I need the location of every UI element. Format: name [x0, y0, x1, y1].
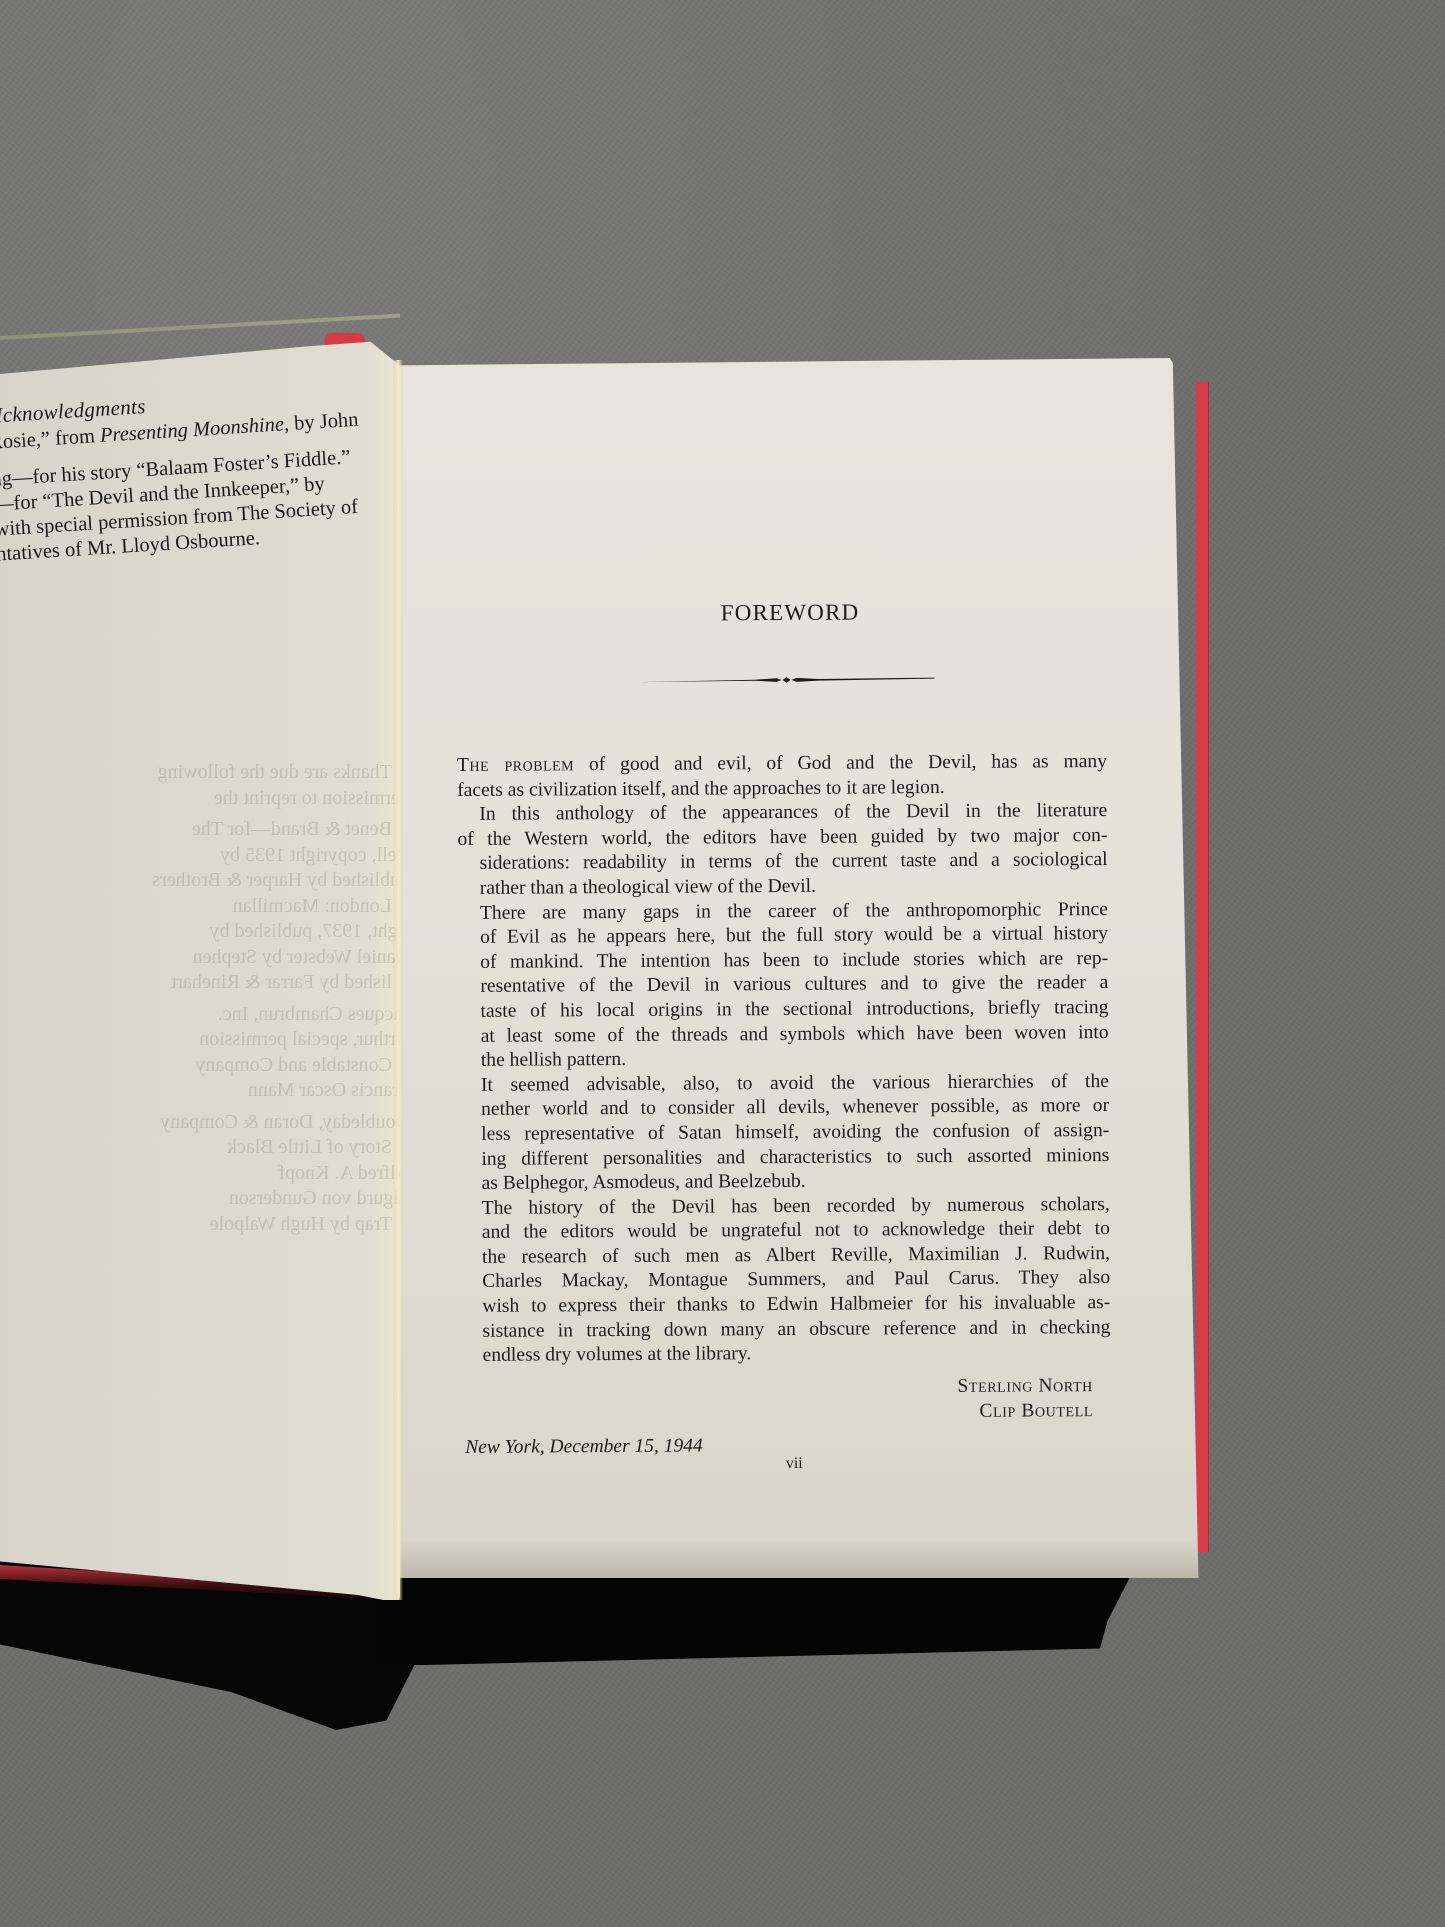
red-cover-edge-right [1196, 382, 1208, 1552]
show-through-line: Bell, copyright 1935 by [10, 843, 400, 869]
show-through-line: Alfred A. Knopf [10, 1161, 400, 1187]
show-through-line: Francis Oscar Mann [10, 1078, 400, 1104]
paragraph: In this anthology of the appearances of … [457, 799, 1108, 901]
show-through-line: Trap by Hugh Walpole [10, 1212, 400, 1238]
foreword-page: FOREWORD The problem of good and evil, o… [456, 598, 1111, 1475]
show-through-line: lished by Farrar & Rinehart [10, 970, 400, 996]
show-through-line: London: Macmillan [10, 894, 400, 920]
small-caps-lead: The problem [457, 754, 574, 776]
show-through-region: Thanks are due the followingpermission t… [10, 760, 400, 1460]
show-through-line: Story of Little Black [10, 1135, 400, 1161]
show-through-line: Jacques Chambrun, Inc. [10, 1002, 400, 1028]
show-through-line: published by Harper & Brothers [10, 868, 400, 894]
show-through-line: Thanks are due the following [10, 760, 400, 786]
signature-clip-boutell: Clip Boutell [461, 1398, 1093, 1427]
page-title: FOREWORD [465, 598, 1115, 628]
paragraph: There are many gaps in the career of the… [458, 898, 1109, 1074]
show-through-line: Daniel Webster by Stephen [10, 945, 400, 971]
show-through-line: Benet & Brand—for The [10, 817, 400, 843]
show-through-line: Sigurd von Gunderson [10, 1186, 400, 1212]
left-page-text: Icknowledgments Rosie,” from Presenting … [0, 367, 396, 568]
show-through-line: Arthur, special permission [10, 1027, 400, 1053]
show-through-text: Thanks are due the followingpermission t… [10, 760, 400, 1237]
foreword-body: The problem of good and evil, of God and… [457, 750, 1111, 1369]
right-page-bottom-shade [400, 1540, 1198, 1578]
paragraph: The history of the Devil has been record… [460, 1193, 1111, 1369]
show-through-line: permission to reprint the [10, 786, 400, 812]
ornament-rule-icon [636, 673, 936, 687]
paragraph: It seemed advisable, also, to avoid the … [459, 1070, 1110, 1197]
book-gutter [393, 360, 403, 1600]
signature-sterling-north: Sterling North [461, 1373, 1093, 1402]
show-through-line: Doubleday, Doran & Company [10, 1110, 400, 1136]
show-through-line: right, 1937, published by [10, 919, 400, 945]
show-through-line: Constable and Company [10, 1053, 400, 1079]
paragraph: The problem of good and evil, of God and… [457, 750, 1107, 803]
signatures: Sterling North Clip Boutell [461, 1373, 1111, 1427]
